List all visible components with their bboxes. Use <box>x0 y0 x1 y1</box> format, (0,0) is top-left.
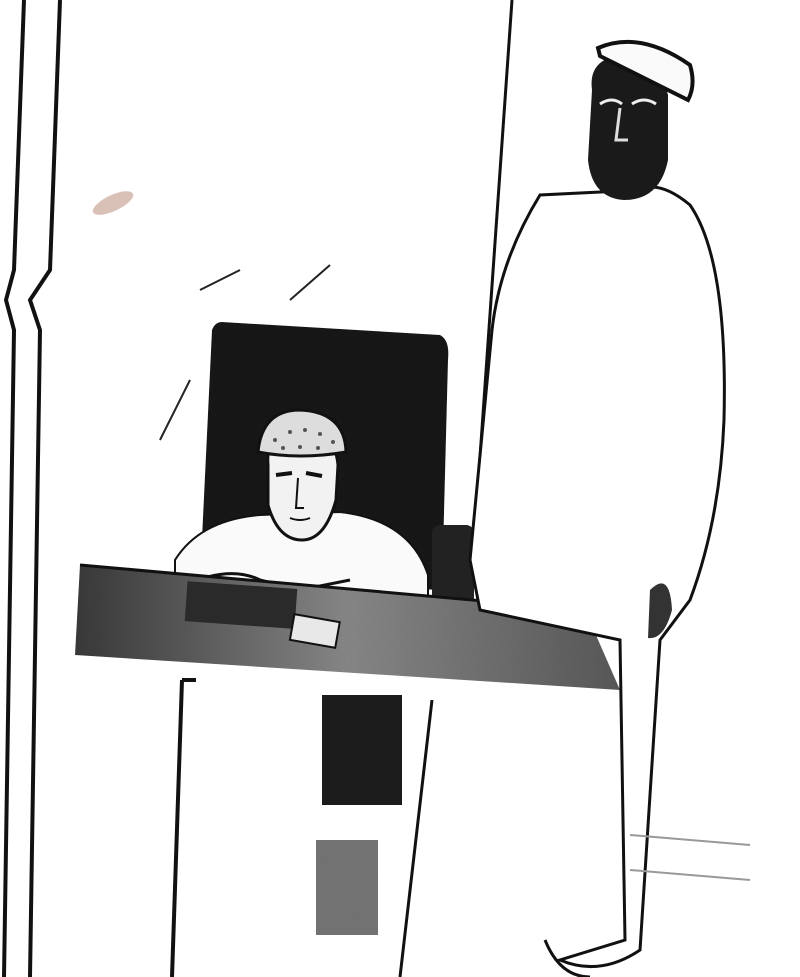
desk-device <box>185 581 298 629</box>
chair-base <box>322 695 402 805</box>
chair-arm <box>432 525 474 605</box>
photograph <box>0 0 800 977</box>
